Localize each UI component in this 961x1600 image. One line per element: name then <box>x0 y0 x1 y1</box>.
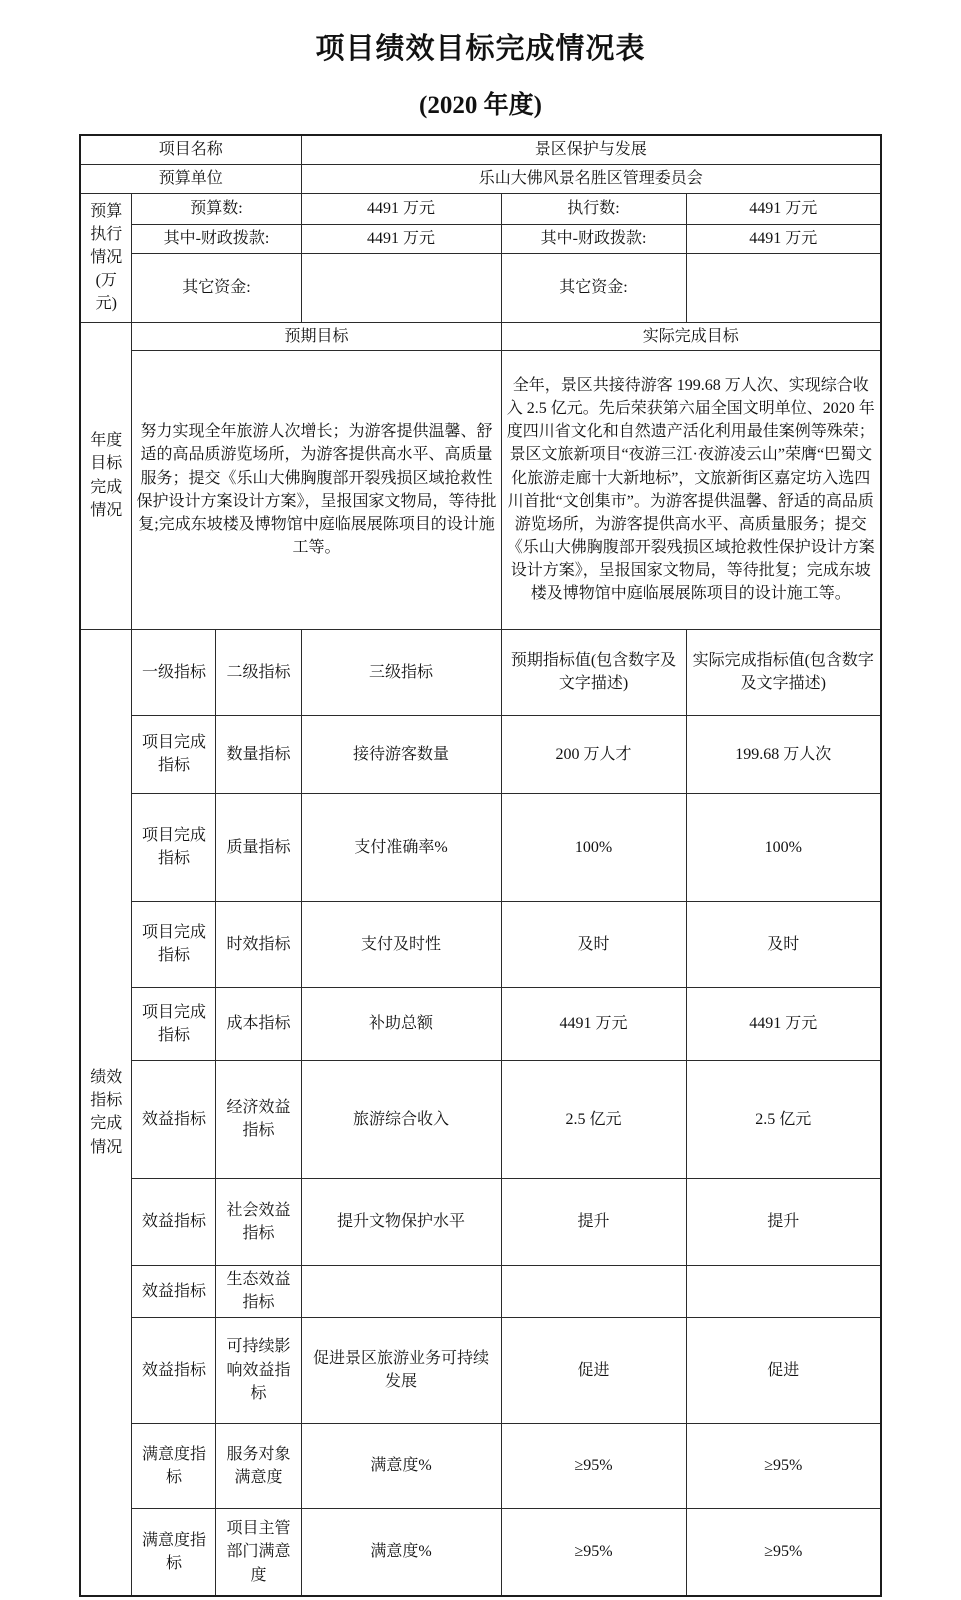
level1-cell: 项目完成指标 <box>132 793 216 901</box>
budget-unit-row: 预算单位 乐山大佛风景名胜区管理委员会 <box>80 164 881 193</box>
performance-report-table: 项目名称 景区保护与发展 预算单位 乐山大佛风景名胜区管理委员会 预算 执行 情… <box>79 134 882 1597</box>
indicator-row: 满意度指标 服务对象满意度 满意度% ≥95% ≥95% <box>80 1423 881 1508</box>
level3-cell <box>301 1265 501 1317</box>
indicator-row: 效益指标 可持续影响效益指标 促进景区旅游业务可持续发展 促进 促进 <box>80 1317 881 1423</box>
budget-section-label: 预算 执行 情况 (万元) <box>80 193 132 322</box>
actual-cell: 4491 万元 <box>686 987 881 1060</box>
level2-cell: 生态效益指标 <box>216 1265 301 1317</box>
level1-cell: 效益指标 <box>132 1060 216 1178</box>
level3-cell: 促进景区旅游业务可持续发展 <box>301 1317 501 1423</box>
budget-unit-label: 预算单位 <box>80 164 301 193</box>
level1-cell: 效益指标 <box>132 1265 216 1317</box>
project-name-row: 项目名称 景区保护与发展 <box>80 135 881 164</box>
actual-value-header: 实际完成指标值(包含数字及文字描述) <box>686 629 881 715</box>
indicator-header-row: 绩效 指标 完成 情况 一级指标 二级指标 三级指标 预期指标值(包含数字及文字… <box>80 629 881 715</box>
level2-header: 二级指标 <box>216 629 301 715</box>
actual-cell: 提升 <box>686 1178 881 1265</box>
level3-cell: 支付准确率% <box>301 793 501 901</box>
level3-cell: 满意度% <box>301 1423 501 1508</box>
expected-cell: 2.5 亿元 <box>501 1060 686 1178</box>
expected-cell: 及时 <box>501 901 686 987</box>
expected-cell: 200 万人才 <box>501 715 686 793</box>
executed-amount-value: 4491 万元 <box>686 193 881 224</box>
actual-cell <box>686 1265 881 1317</box>
actual-goal-header: 实际完成目标 <box>501 322 881 350</box>
level2-cell: 时效指标 <box>216 901 301 987</box>
fiscal-allocation-label: 其中-财政拨款: <box>132 224 301 253</box>
page-subtitle: (2020 年度) <box>0 85 961 121</box>
level3-cell: 接待游客数量 <box>301 715 501 793</box>
level3-cell: 旅游综合收入 <box>301 1060 501 1178</box>
level3-cell: 补助总额 <box>301 987 501 1060</box>
level1-cell: 满意度指标 <box>132 1423 216 1508</box>
budget-row-1: 预算 执行 情况 (万元) 预算数: 4491 万元 执行数: 4491 万元 <box>80 193 881 224</box>
other-funds-label: 其它资金: <box>132 253 301 322</box>
level2-cell: 社会效益指标 <box>216 1178 301 1265</box>
budget-row-2: 其中-财政拨款: 4491 万元 其中-财政拨款: 4491 万元 <box>80 224 881 253</box>
annual-goal-body-row: 努力实现全年旅游人次增长；为游客提供温馨、舒适的高品质游览场所，为游客提供高水平… <box>80 350 881 629</box>
level3-cell: 提升文物保护水平 <box>301 1178 501 1265</box>
level3-header: 三级指标 <box>301 629 501 715</box>
indicator-section-label: 绩效 指标 完成 情况 <box>80 629 132 1596</box>
level1-cell: 项目完成指标 <box>132 901 216 987</box>
expected-goal-header: 预期目标 <box>132 322 501 350</box>
other-funds-value <box>301 253 501 322</box>
expected-cell: ≥95% <box>501 1423 686 1508</box>
expected-goal-text: 努力实现全年旅游人次增长；为游客提供温馨、舒适的高品质游览场所，为游客提供高水平… <box>132 350 501 629</box>
level1-cell: 效益指标 <box>132 1317 216 1423</box>
actual-cell: 及时 <box>686 901 881 987</box>
project-name-label: 项目名称 <box>80 135 301 164</box>
other-funds-value-2 <box>686 253 881 322</box>
indicator-row: 效益指标 生态效益指标 <box>80 1265 881 1317</box>
actual-cell: ≥95% <box>686 1423 881 1508</box>
level2-cell: 质量指标 <box>216 793 301 901</box>
level1-cell: 项目完成指标 <box>132 987 216 1060</box>
actual-goal-text: 全年，景区共接待游客 199.68 万人次、实现综合收入 2.5 亿元。先后荣获… <box>501 350 881 629</box>
executed-amount-label: 执行数: <box>501 193 686 224</box>
level1-cell: 项目完成指标 <box>132 715 216 793</box>
actual-cell: ≥95% <box>686 1508 881 1596</box>
actual-cell: 促进 <box>686 1317 881 1423</box>
level3-cell: 满意度% <box>301 1508 501 1596</box>
other-funds-label-2: 其它资金: <box>501 253 686 322</box>
indicator-row: 项目完成指标 成本指标 补助总额 4491 万元 4491 万元 <box>80 987 881 1060</box>
actual-cell: 199.68 万人次 <box>686 715 881 793</box>
expected-cell: 提升 <box>501 1178 686 1265</box>
level2-cell: 项目主管部门满意度 <box>216 1508 301 1596</box>
project-name-value: 景区保护与发展 <box>301 135 881 164</box>
indicator-row: 项目完成指标 质量指标 支付准确率% 100% 100% <box>80 793 881 901</box>
indicator-row: 项目完成指标 时效指标 支付及时性 及时 及时 <box>80 901 881 987</box>
budget-unit-value: 乐山大佛风景名胜区管理委员会 <box>301 164 881 193</box>
indicator-row: 效益指标 社会效益指标 提升文物保护水平 提升 提升 <box>80 1178 881 1265</box>
level1-cell: 满意度指标 <box>132 1508 216 1596</box>
fiscal-allocation-value-2: 4491 万元 <box>686 224 881 253</box>
actual-cell: 2.5 亿元 <box>686 1060 881 1178</box>
indicator-row: 效益指标 经济效益指标 旅游综合收入 2.5 亿元 2.5 亿元 <box>80 1060 881 1178</box>
fiscal-allocation-value: 4491 万元 <box>301 224 501 253</box>
level3-cell: 支付及时性 <box>301 901 501 987</box>
actual-cell: 100% <box>686 793 881 901</box>
level2-cell: 经济效益指标 <box>216 1060 301 1178</box>
level1-cell: 效益指标 <box>132 1178 216 1265</box>
budget-row-3: 其它资金: 其它资金: <box>80 253 881 322</box>
annual-goal-header-row: 年度 目标 完成 情况 预期目标 实际完成目标 <box>80 322 881 350</box>
budget-amount-label: 预算数: <box>132 193 301 224</box>
annual-section-label: 年度 目标 完成 情况 <box>80 322 132 629</box>
level2-cell: 成本指标 <box>216 987 301 1060</box>
level2-cell: 数量指标 <box>216 715 301 793</box>
expected-cell: 促进 <box>501 1317 686 1423</box>
level2-cell: 服务对象满意度 <box>216 1423 301 1508</box>
expected-cell <box>501 1265 686 1317</box>
expected-cell: 100% <box>501 793 686 901</box>
expected-value-header: 预期指标值(包含数字及文字描述) <box>501 629 686 715</box>
indicator-row: 满意度指标 项目主管部门满意度 满意度% ≥95% ≥95% <box>80 1508 881 1596</box>
page-title: 项目绩效目标完成情况表 <box>0 26 961 67</box>
expected-cell: 4491 万元 <box>501 987 686 1060</box>
indicator-row: 项目完成指标 数量指标 接待游客数量 200 万人才 199.68 万人次 <box>80 715 881 793</box>
budget-amount-value: 4491 万元 <box>301 193 501 224</box>
level1-header: 一级指标 <box>132 629 216 715</box>
expected-cell: ≥95% <box>501 1508 686 1596</box>
level2-cell: 可持续影响效益指标 <box>216 1317 301 1423</box>
fiscal-allocation-label-2: 其中-财政拨款: <box>501 224 686 253</box>
document-page: 项目绩效目标完成情况表 (2020 年度) 项目名称 景区保护与发展 预算单位 … <box>0 26 961 1597</box>
